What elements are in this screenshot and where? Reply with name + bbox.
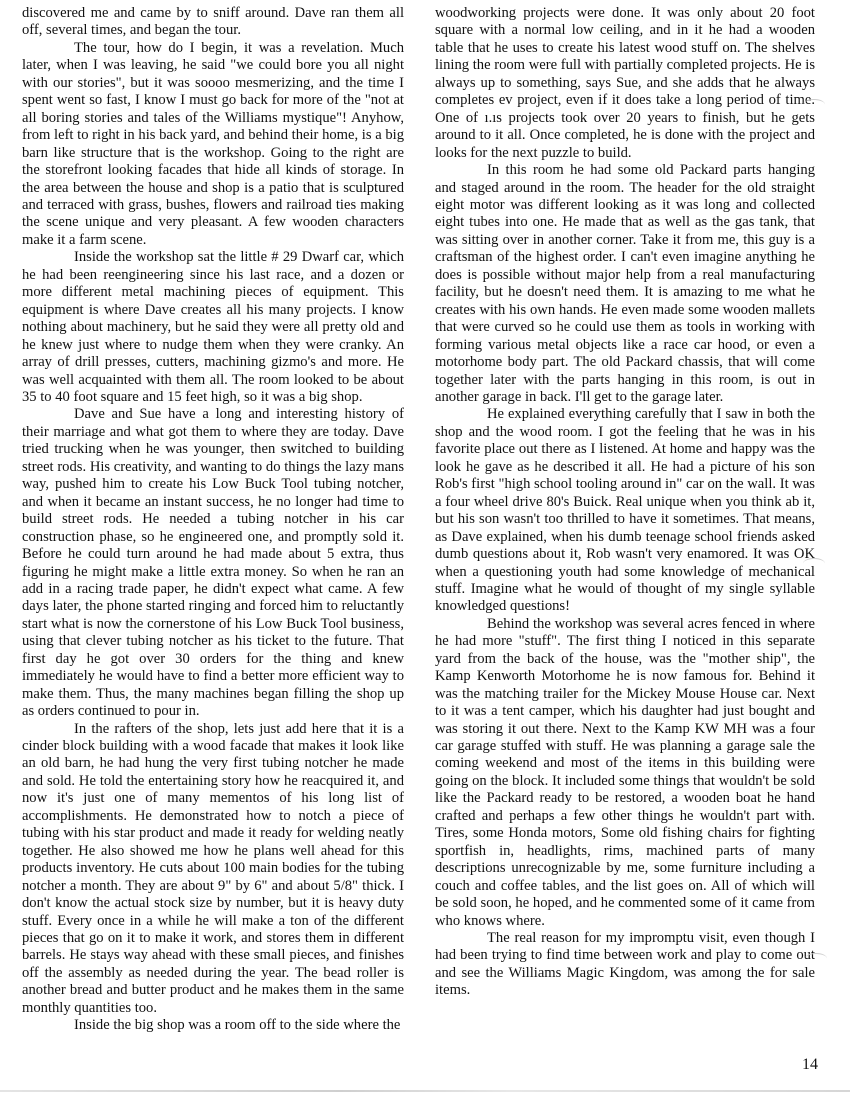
paragraph: In this room he had some old Packard par… <box>435 162 815 406</box>
page-number: 14 <box>802 1056 818 1074</box>
paragraph: Inside the big shop was a room off to th… <box>22 1017 404 1034</box>
paragraph: Inside the workshop sat the little # 29 … <box>22 249 404 406</box>
paragraph: woodworking projects were done. It was o… <box>435 5 815 162</box>
paragraph: He explained everything carefully that I… <box>435 406 815 615</box>
left-column: discovered me and came by to sniff aroun… <box>22 5 404 1035</box>
paragraph: Dave and Sue have a long and interesting… <box>22 406 404 720</box>
scan-artifact-mark <box>803 99 825 110</box>
right-column: woodworking projects were done. It was o… <box>435 5 815 1000</box>
paragraph: The tour, how do I begin, it was a revel… <box>22 40 404 249</box>
paragraph: discovered me and came by to sniff aroun… <box>22 5 404 40</box>
scan-artifact-mark <box>805 953 827 964</box>
scan-artifact-mark <box>803 558 825 569</box>
paragraph: The real reason for my impromptu visit, … <box>435 930 815 1000</box>
document-page: discovered me and came by to sniff aroun… <box>0 0 850 1100</box>
paragraph: In the rafters of the shop, lets just ad… <box>22 721 404 1018</box>
paragraph: Behind the workshop was several acres fe… <box>435 616 815 930</box>
page-bottom-edge <box>0 1090 850 1092</box>
